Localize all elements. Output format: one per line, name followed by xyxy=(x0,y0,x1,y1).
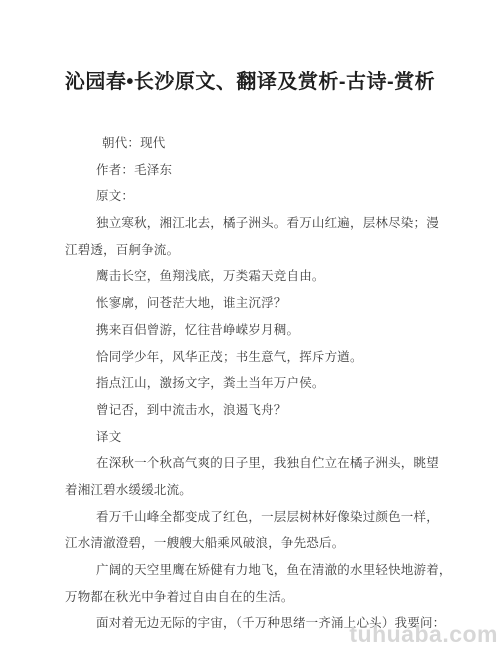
text-line: 江碧透，百舸争流。 xyxy=(65,237,457,264)
translation-para-1: 在深秋一个秋高气爽的日子里，我独自伫立在橘子洲头，眺望 着湘江碧水缓缓北流。 xyxy=(65,450,457,503)
author-line: 作者：毛泽东 xyxy=(65,157,457,184)
poem-stanza-6: 指点江山，激扬文字，粪土当年万户侯。 xyxy=(65,370,457,397)
dynasty-line: 朝代：现代 xyxy=(65,130,457,157)
translation-para-2: 看万千山峰全都变成了红色，一层层树林好像染过颜色一样， 江水清澈澄碧，一艘艘大船… xyxy=(65,504,457,557)
original-text-label: 原文： xyxy=(65,183,457,210)
text-line: 江水清澈澄碧，一艘艘大船乘风破浪，争先恐后。 xyxy=(65,530,457,557)
text-line: 怅寥廓，问苍茫大地，谁主沉浮？ xyxy=(65,290,457,317)
text-line: 广阔的天空里鹰在矫健有力地飞，鱼在清澈的水里轻快地游着， xyxy=(65,557,457,584)
translation-para-3: 广阔的天空里鹰在矫健有力地飞，鱼在清澈的水里轻快地游着， 万物都在秋光中争着过自… xyxy=(65,557,457,610)
site-watermark: tuhuaba.com xyxy=(349,622,498,647)
text-line: 独立寒秋，湘江北去，橘子洲头。看万山红遍，层林尽染；漫 xyxy=(65,210,457,237)
poem-stanza-5: 恰同学少年，风华正茂；书生意气，挥斥方遒。 xyxy=(65,344,457,371)
text-line: 朝代：现代 xyxy=(65,130,457,157)
text-line: 译文 xyxy=(65,424,457,451)
text-line: 在深秋一个秋高气爽的日子里，我独自伫立在橘子洲头，眺望 xyxy=(65,450,457,477)
poem-stanza-2: 鹰击长空，鱼翔浅底，万类霜天竞自由。 xyxy=(65,263,457,290)
poem-stanza-4: 携来百侣曾游，忆往昔峥嵘岁月稠。 xyxy=(65,317,457,344)
text-line: 携来百侣曾游，忆往昔峥嵘岁月稠。 xyxy=(65,317,457,344)
document-page: 沁园春•长沙原文、翻译及赏析-古诗-赏析 朝代：现代 作者：毛泽东 原文： 独立… xyxy=(0,0,500,648)
text-line: 指点江山，激扬文字，粪土当年万户侯。 xyxy=(65,370,457,397)
document-body: 朝代：现代 作者：毛泽东 原文： 独立寒秋，湘江北去，橘子洲头。看万山红遍，层林… xyxy=(65,130,457,637)
text-line: 着湘江碧水缓缓北流。 xyxy=(65,477,457,504)
translation-label: 译文 xyxy=(65,424,457,451)
text-line: 鹰击长空，鱼翔浅底，万类霜天竞自由。 xyxy=(65,263,457,290)
text-line: 万物都在秋光中争着过自由自在的生活。 xyxy=(65,584,457,611)
text-line: 作者：毛泽东 xyxy=(65,157,457,184)
poem-stanza-1: 独立寒秋，湘江北去，橘子洲头。看万山红遍，层林尽染；漫 江碧透，百舸争流。 xyxy=(65,210,457,263)
page-title: 沁园春•长沙原文、翻译及赏析-古诗-赏析 xyxy=(0,69,500,95)
text-line: 原文： xyxy=(65,183,457,210)
text-line: 曾记否，到中流击水，浪遏飞舟？ xyxy=(65,397,457,424)
poem-stanza-3: 怅寥廓，问苍茫大地，谁主沉浮？ xyxy=(65,290,457,317)
text-line: 恰同学少年，风华正茂；书生意气，挥斥方遒。 xyxy=(65,344,457,371)
poem-stanza-7: 曾记否，到中流击水，浪遏飞舟？ xyxy=(65,397,457,424)
text-line: 看万千山峰全都变成了红色，一层层树林好像染过颜色一样， xyxy=(65,504,457,531)
